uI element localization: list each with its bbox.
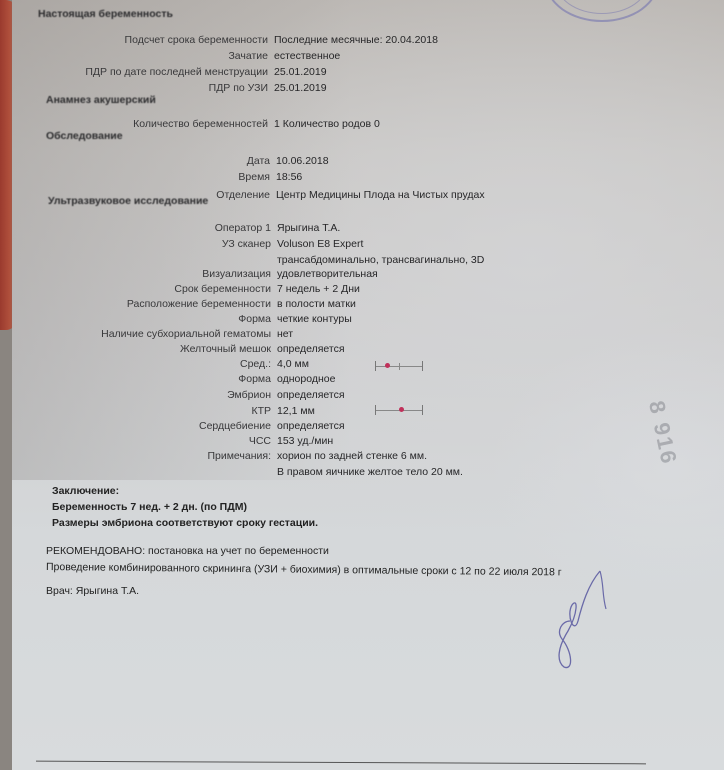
crl-marker <box>399 407 404 412</box>
field-label: Время <box>238 171 270 183</box>
field-value: 153 уд./мин <box>277 435 333 447</box>
recommendation-line-2: Проведение комбинированного скрининга (У… <box>46 561 562 578</box>
field-label: ПДР по дате последней менструации <box>85 66 268 78</box>
field-label: Желточный мешок <box>180 343 271 355</box>
field-label: Зачатие <box>228 50 268 62</box>
field-label: Количество беременностей <box>133 118 268 130</box>
field-label: Примечания: <box>207 450 271 462</box>
field-label: КТР <box>251 405 271 417</box>
field-value: Ярыгина Т.А. <box>277 222 340 234</box>
field-value: естественное <box>274 50 340 62</box>
field-value: Центр Медицины Плода на Чистых прудах <box>276 189 485 201</box>
conclusion-line-2: Размеры эмбриона соответствуют сроку гес… <box>52 517 318 529</box>
yolk-sac-marker <box>385 363 390 368</box>
field-label: ПДР по УЗИ <box>209 82 268 94</box>
section-current-pregnancy: Настоящая беременность <box>38 8 173 20</box>
field-value: 4,0 мм <box>277 358 309 370</box>
field-value: четкие контуры <box>277 313 352 325</box>
conclusion-title: Заключение: <box>52 485 119 497</box>
field-value: 25.01.2019 <box>274 66 327 78</box>
section-obstetric-history: Анамнез акушерский <box>46 94 156 106</box>
doctor-name: Врач: Ярыгина Т.А. <box>46 585 139 597</box>
field-label: ЧСС <box>249 435 271 447</box>
field-value: Последние месячные: 20.04.2018 <box>274 34 438 46</box>
field-label: Сред.: <box>240 358 271 370</box>
field-value: 7 недель + 2 Дни <box>277 283 360 295</box>
field-value: трансабдоминально, трансвагинально, 3D <box>277 254 484 266</box>
field-label: Сердцебиение <box>199 420 271 432</box>
field-label: Визуализация <box>202 268 271 280</box>
field-value: 18:56 <box>276 171 302 183</box>
field-value: 12,1 мм <box>277 405 315 417</box>
footer-divider <box>36 761 646 765</box>
yolk-sac-scale <box>375 361 423 371</box>
field-value: 25.01.2019 <box>274 82 327 94</box>
field-label: Расположение беременности <box>127 298 271 310</box>
field-value: в полости матки <box>277 298 356 310</box>
field-label: Дата <box>247 155 270 167</box>
field-value: В правом яичнике желтое тело 20 мм. <box>277 466 463 478</box>
field-label: Форма <box>238 373 271 385</box>
section-examination: Обследование <box>46 130 123 142</box>
ultrasound-report: Настоящая беременность Подсчет срока бер… <box>0 0 724 770</box>
field-value: хорион по задней стенке 6 мм. <box>277 450 427 462</box>
field-value: 1 Количество родов 0 <box>274 118 380 130</box>
field-value: определяется <box>277 420 345 432</box>
field-value: определяется <box>277 389 345 401</box>
field-label: Подсчет срока беременности <box>125 34 268 46</box>
field-label: Форма <box>238 313 271 325</box>
signature-icon <box>548 565 618 675</box>
field-value: 10.06.2018 <box>276 155 329 167</box>
field-label: Отделение <box>216 189 270 201</box>
field-value: Voluson E8 Expert <box>277 238 363 250</box>
conclusion-line-1: Беременность 7 нед. + 2 дн. (по ПДМ) <box>52 501 247 513</box>
field-label: УЗ сканер <box>222 238 271 250</box>
field-value: нет <box>277 328 293 340</box>
field-label: Оператор 1 <box>215 222 271 234</box>
recommendation-line-1: РЕКОМЕНДОВАНО: постановка на учет по бер… <box>46 545 329 557</box>
section-ultrasound: Ультразвуковое исследование <box>48 195 208 207</box>
field-label: Эмбрион <box>227 389 271 401</box>
field-label: Наличие субхориальной гематомы <box>101 328 271 340</box>
field-value: однородное <box>277 373 335 385</box>
field-value: определяется <box>277 343 345 355</box>
crl-scale <box>375 405 423 415</box>
field-label: Срок беременности <box>174 283 271 295</box>
field-value: удовлетворительная <box>277 268 378 280</box>
